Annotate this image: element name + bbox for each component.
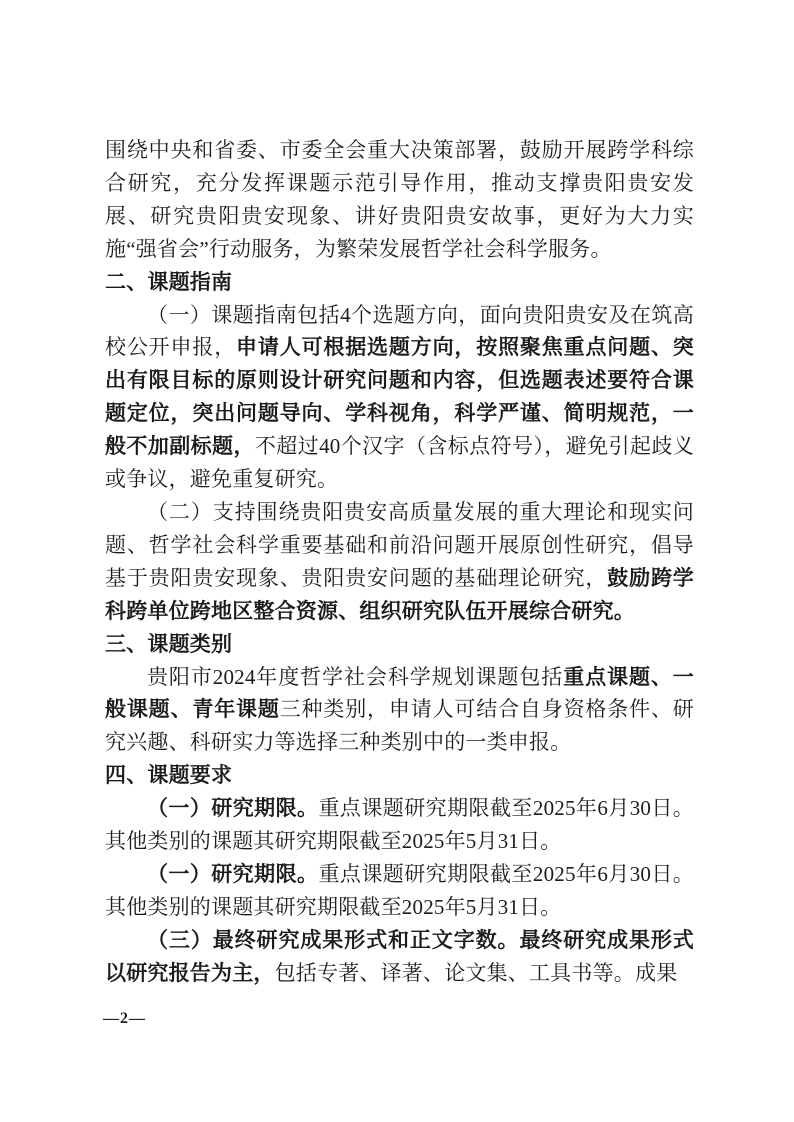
emphasized-text: （一）研究期限。 bbox=[147, 796, 319, 820]
paragraph: 围绕中央和省委、市委全会重大决策部署，鼓励开展跨学科综合研究，充分发挥课题示范引… bbox=[105, 134, 694, 266]
paragraph: （一）研究期限。重点课题研究期限截至2025年6月30日。其他类别的课题其研究期… bbox=[105, 792, 694, 858]
section-heading: 二、课题指南 bbox=[105, 266, 694, 299]
section-heading: 三、课题类别 bbox=[105, 628, 694, 661]
paragraph: （一）研究期限。重点课题研究期限截至2025年6月30日。其他类别的课题其研究期… bbox=[105, 858, 694, 924]
paragraph: （三）最终研究成果形式和正文字数。最终研究成果形式以研究报告为主，包括专著、译著… bbox=[105, 924, 694, 990]
document-body: 围绕中央和省委、市委全会重大决策部署，鼓励开展跨学科综合研究，充分发挥课题示范引… bbox=[105, 134, 694, 990]
page-number: —2— bbox=[103, 1010, 146, 1028]
document-page: 围绕中央和省委、市委全会重大决策部署，鼓励开展跨学科综合研究，充分发挥课题示范引… bbox=[0, 0, 794, 1122]
emphasized-text: 三、课题类别 bbox=[105, 632, 232, 656]
body-text: （二）支持围绕贵阳贵安高质量发展的重大理论和现实问题、哲学社会科学重要基础和前沿… bbox=[105, 500, 694, 590]
paragraph: 贵阳市2024年度哲学社会科学规划课题包括重点课题、一般课题、青年课题三种类别，… bbox=[105, 661, 694, 760]
body-text: 包括专著、译著、论文集、工具书等。成果 bbox=[275, 961, 678, 985]
body-text: 贵阳市2024年度哲学社会科学规划课题包括 bbox=[147, 665, 563, 689]
emphasized-text: 二、课题指南 bbox=[105, 270, 232, 294]
emphasized-text: （一）研究期限。 bbox=[147, 862, 319, 886]
paragraph: （二）支持围绕贵阳贵安高质量发展的重大理论和现实问题、哲学社会科学重要基础和前沿… bbox=[105, 496, 694, 628]
section-heading: 四、课题要求 bbox=[105, 759, 694, 792]
paragraph: （一）课题指南包括4个选题方向，面向贵阳贵安及在筑高校公开申报，申请人可根据选题… bbox=[105, 299, 694, 496]
body-text: 围绕中央和省委、市委全会重大决策部署，鼓励开展跨学科综合研究，充分发挥课题示范引… bbox=[105, 138, 694, 261]
emphasized-text: 四、课题要求 bbox=[105, 763, 232, 787]
